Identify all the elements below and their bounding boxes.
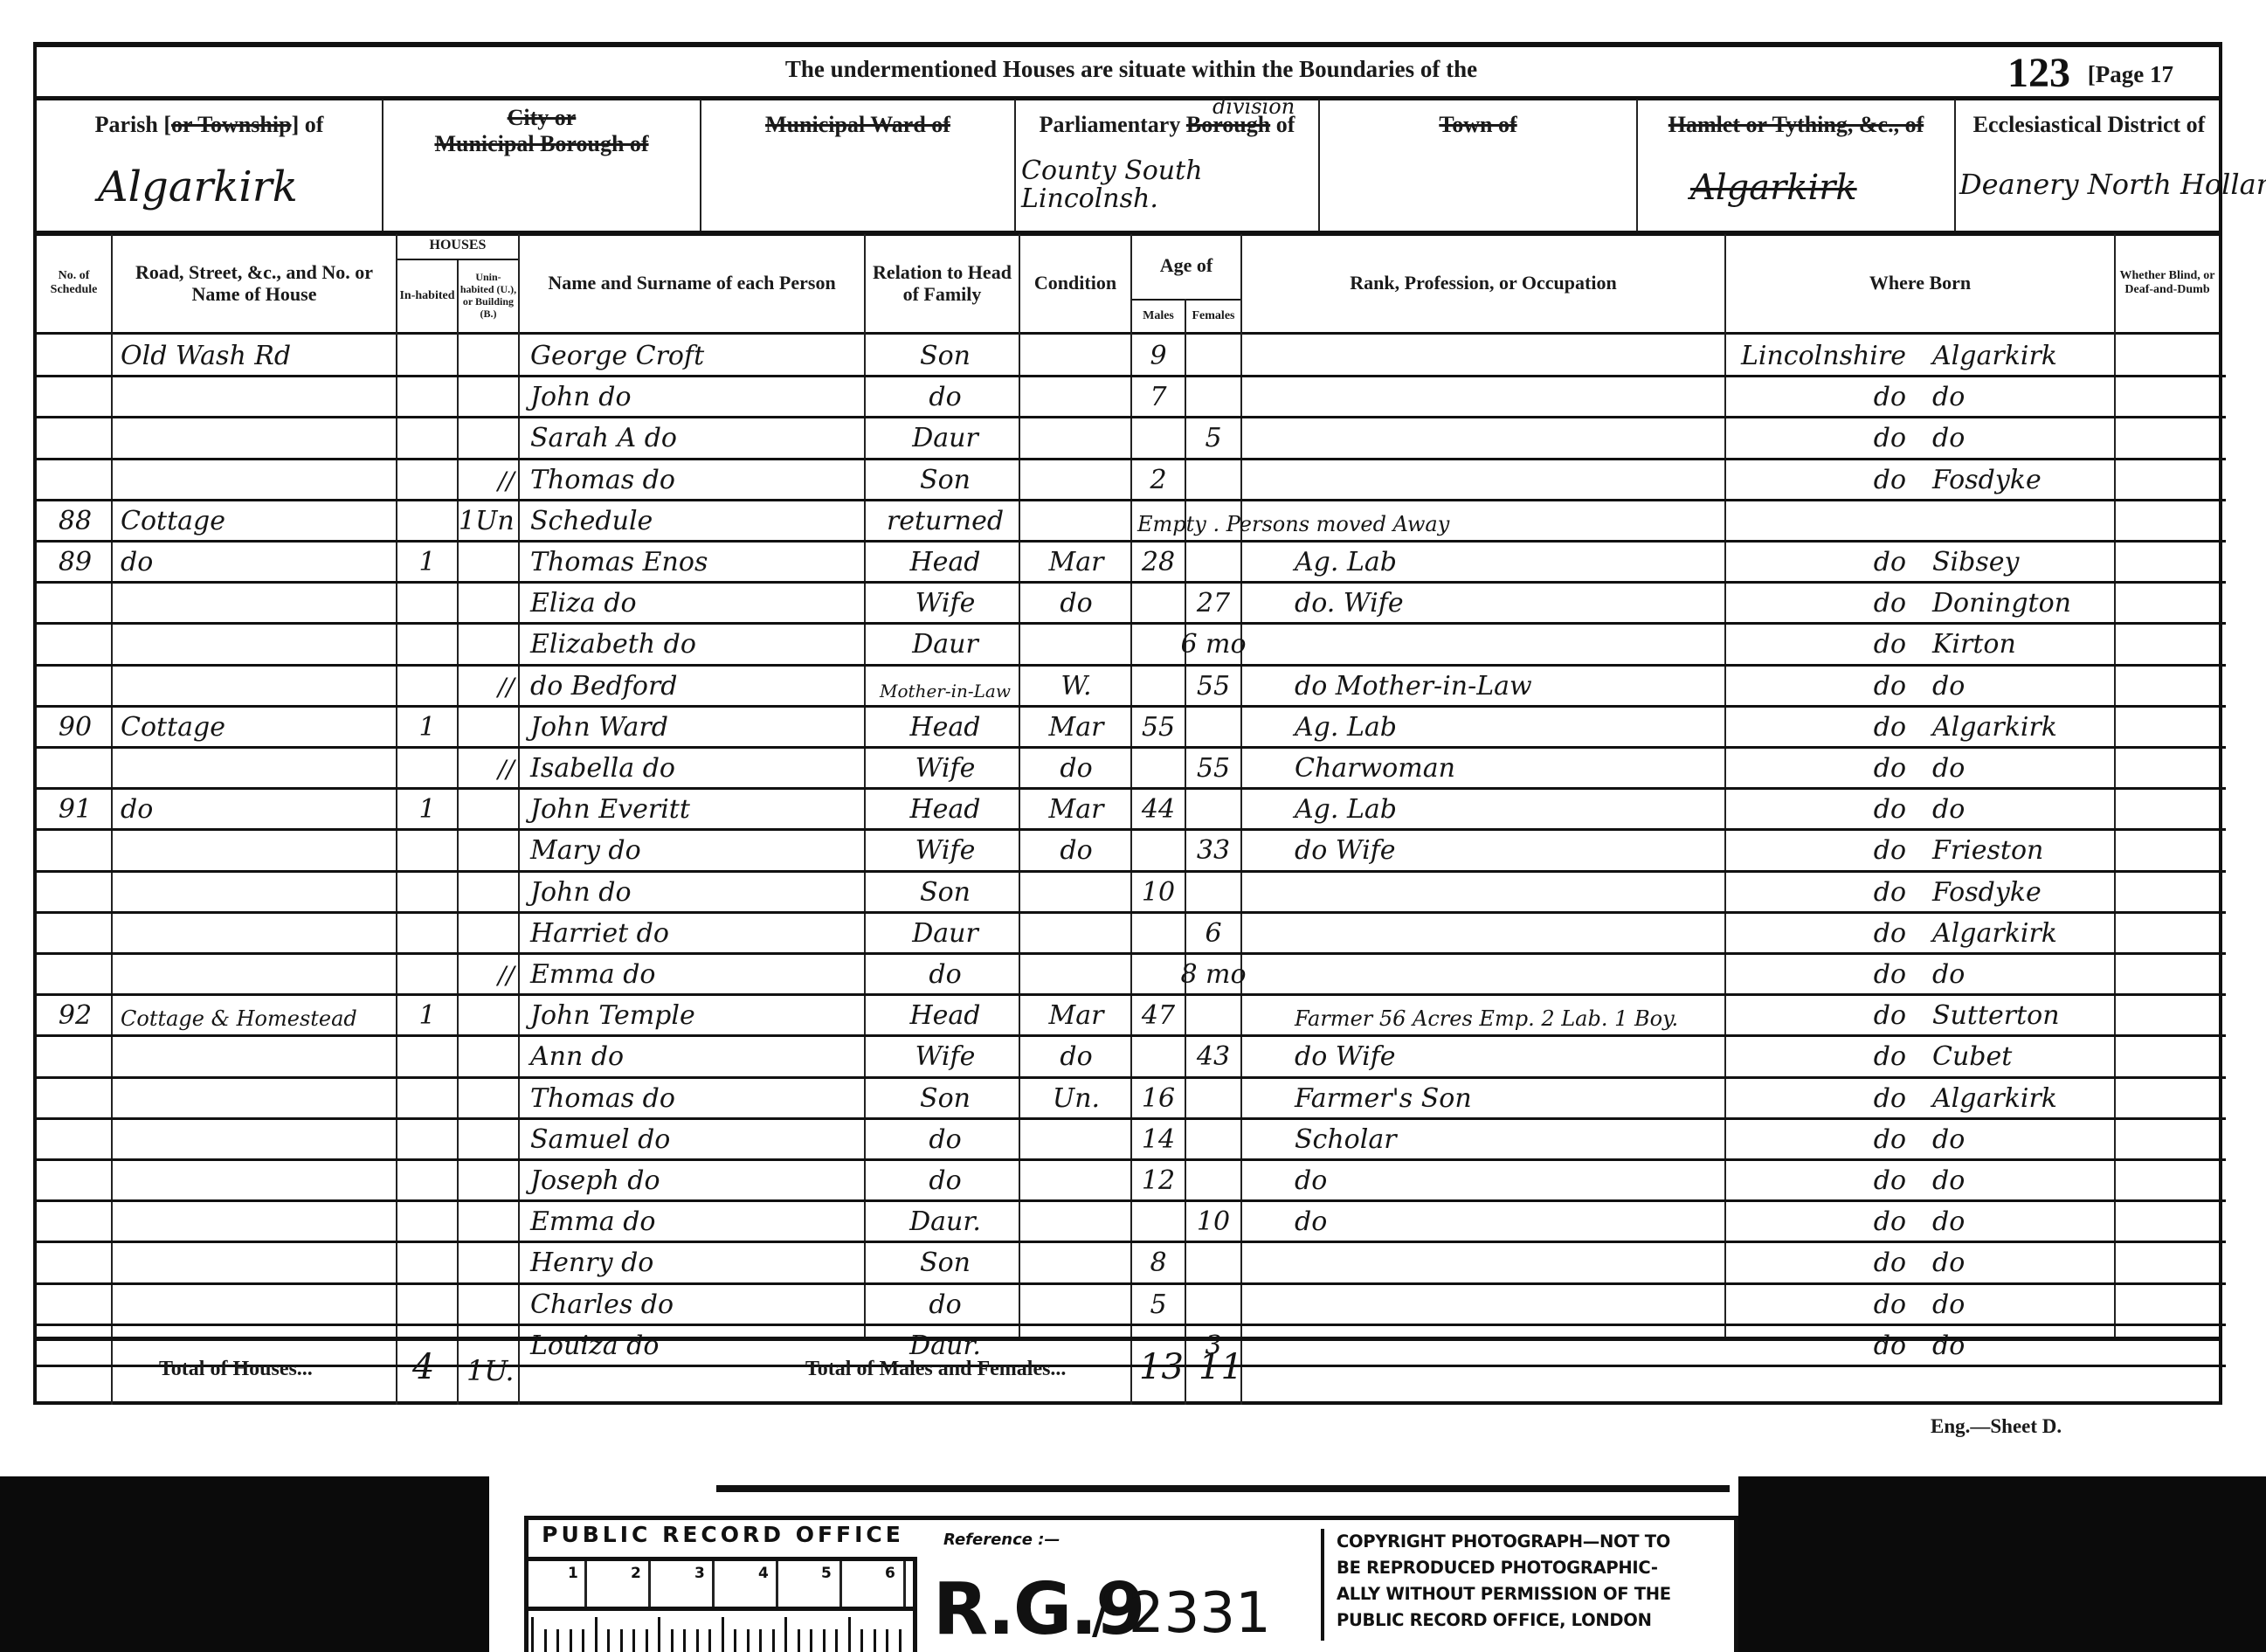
name-cell: Elizabeth do [530,624,862,665]
condition-cell [1024,913,1129,954]
condition-cell [1024,624,1129,665]
relation-cell: Head [871,707,1019,748]
born-county-cell: do [1726,418,1927,459]
boundary-parish: Parish [or Township] of Algarkirk [37,100,382,232]
ruler-tick [632,1629,635,1652]
occupation-cell: Farmer 56 Acres Emp. 2 Lab. 1 Boy. [1295,995,1723,1036]
relation-cell: Daur [871,624,1019,665]
born-place-cell: do [1932,1201,2116,1242]
schedule-cell [40,830,110,871]
header-condition: Condition [1020,234,1130,332]
female-age-cell [1186,707,1240,748]
record-office-title: PUBLIC RECORD OFFICE [529,1522,917,1547]
female-age-cell [1186,1078,1240,1119]
condition-cell: Mar [1024,707,1129,748]
schedule-cell [40,1201,110,1242]
occupation-cell: do Wife [1295,1036,1723,1077]
household-end-mark: // [498,666,524,707]
schedule-cell [40,1160,110,1201]
inhabited-cell [397,748,457,789]
born-place-cell: Sutterton [1932,995,2116,1036]
ruler-number: 5 [821,1565,832,1582]
occupation-cell [1295,954,1723,995]
table-row: Joseph dodo12dododo [37,1160,2226,1201]
uninhabited-cell [459,335,518,377]
inhabited-cell [397,460,457,501]
male-age-cell [1132,913,1185,954]
born-county-cell: do [1726,377,1927,418]
born-county-cell: do [1726,707,1927,748]
name-cell: Charles do [530,1284,862,1325]
schedule-cell [40,1078,110,1119]
table-row: Isabella doWifedo55Charwomandodo// [37,748,2226,789]
road-cell [121,1242,391,1283]
female-age-cell [1186,335,1240,377]
uninhabited-cell: 1Un [459,501,518,542]
header-uninhabited: Unin-habited (U.), or Building (B.) [459,260,518,332]
male-age-cell [1132,418,1185,459]
uninhabited-cell [459,1119,518,1160]
ruler-tick [683,1629,686,1652]
road-cell [121,460,391,501]
male-age-cell [1132,748,1185,789]
table-row: Thomas doSon2doFosdyke// [37,460,2226,501]
road-cell [121,1201,391,1242]
uninhabited-cell [459,1036,518,1077]
male-age-cell: 44 [1132,789,1185,830]
road-cell [121,954,391,995]
born-county-cell: do [1726,1242,1927,1283]
female-age-cell [1186,542,1240,583]
born-place-cell: Fosdyke [1932,460,2116,501]
table-row: Sarah A doDaur5dodo [37,418,2226,459]
uninhabited-cell [459,1078,518,1119]
relation-cell: Mother-in-Law [871,666,1019,707]
born-place-cell: Algarkirk [1932,913,2116,954]
ruler-tick [582,1629,584,1652]
occupation-cell: Ag. Lab [1295,542,1723,583]
header-schedule: No. of Schedule [37,234,111,332]
uninhabited-cell [459,872,518,913]
male-age-cell [1132,830,1185,871]
header-inhabited: In-habited [397,260,457,332]
born-county-cell: do [1726,913,1927,954]
inhabited-cell [397,830,457,871]
male-age-cell [1132,1036,1185,1077]
born-place-cell: Algarkirk [1932,707,2116,748]
copyright-notice: COPYRIGHT PHOTOGRAPH—NOT TO BE REPRODUCE… [1321,1529,1731,1641]
name-cell: John Everitt [530,789,862,830]
relation-cell: Head [871,542,1019,583]
condition-cell: do [1024,748,1129,789]
inhabited-cell [397,1119,457,1160]
total-females: 11 [1199,1347,1243,1387]
ruler-tick [734,1629,736,1652]
born-county-cell: do [1726,872,1927,913]
inhabited-cell [397,1036,457,1077]
male-age-cell: 47 [1132,995,1185,1036]
relation-cell: do [871,1119,1019,1160]
born-place-cell: do [1932,954,2116,995]
male-age-cell: 28 [1132,542,1185,583]
inhabited-cell [397,377,457,418]
relation-cell: returned [871,501,1019,542]
ruler-tick [810,1629,812,1652]
boundary-label: City or Municipal Borough of [383,105,700,157]
condition-cell: Mar [1024,995,1129,1036]
sheet-label: Eng.—Sheet D. [1931,1415,2062,1438]
born-place-cell: do [1932,1242,2116,1283]
plate-edge [716,1485,1730,1492]
schedule-cell: 91 [40,789,110,830]
uninhabited-cell [459,1284,518,1325]
folio-number: 123 [2007,49,2070,97]
uninhabited-cell [459,789,518,830]
female-age-cell: 6 [1186,913,1240,954]
table-row: Henry doSon8dodo [37,1242,2226,1283]
occupation-cell: do. Wife [1295,583,1723,624]
name-cell: Henry do [530,1242,862,1283]
condition-cell [1024,501,1129,542]
ruler-division [648,1561,651,1607]
male-age-cell: 12 [1132,1160,1185,1201]
boundary-ecclesiastical: Ecclesiastical District of Deanery North… [1956,100,2222,232]
inhabited-cell [397,583,457,624]
female-age-cell: 8 mo [1186,954,1240,995]
occupation-cell: do [1295,1160,1723,1201]
ruler-division [712,1561,715,1607]
uninhabited-cell [459,830,518,871]
condition-cell [1024,1119,1129,1160]
header-road: Road, Street, &c., and No. or Name of Ho… [113,234,396,332]
boundary-municipal-borough: City or Municipal Borough of [383,100,700,232]
road-cell [121,1036,391,1077]
road-cell [121,872,391,913]
schedule-cell [40,460,110,501]
born-place-cell: Algarkirk [1932,1078,2116,1119]
page-number: [Page 17 [2088,61,2173,88]
inhabited-cell [397,1201,457,1242]
born-county-cell: do [1726,954,1927,995]
road-cell [121,1078,391,1119]
female-age-cell: 55 [1186,666,1240,707]
ruler-number: 2 [631,1565,641,1582]
relation-cell: Daur [871,418,1019,459]
table-row: Ann doWifedo43do WifedoCubet [37,1036,2226,1077]
inhabited-cell [397,666,457,707]
reference-piece: / 2331 [1092,1581,1271,1646]
table-row: 92Cottage & Homestead1John TempleHeadMar… [37,995,2226,1036]
born-county-cell: do [1726,1284,1927,1325]
born-county-cell [1726,501,1927,542]
relation-cell: Son [871,335,1019,377]
occupation-cell [1295,335,1723,377]
ruler-division [776,1561,778,1607]
male-age-cell [1132,954,1185,995]
relation-cell: Son [871,460,1019,501]
film-border-right [1738,1476,2266,1652]
measurement-ruler: 1 2 3 4 5 6 [524,1557,917,1652]
inhabited-cell [397,913,457,954]
ruler-tick [722,1617,724,1652]
condition-cell: do [1024,1036,1129,1077]
hamlet-value: Algarkirk [1690,168,1857,208]
name-cell: Samuel do [530,1119,862,1160]
male-age-cell: 14 [1132,1119,1185,1160]
boundary-label: Municipal Ward of [701,112,1014,138]
inhabited-cell: 1 [397,542,457,583]
ruler-tick [860,1629,863,1652]
male-age-cell: 8 [1132,1242,1185,1283]
table-row: Elizabeth doDaur6 modoKirton [37,624,2226,665]
household-end-mark: // [498,954,524,995]
male-age-cell [1132,666,1185,707]
road-cell [121,418,391,459]
schedule-cell [40,954,110,995]
name-cell: Emma do [530,954,862,995]
road-cell [121,1119,391,1160]
born-place-cell: do [1932,418,2116,459]
inhabited-cell [397,624,457,665]
road-cell [121,666,391,707]
occupation-cell [1295,913,1723,954]
road-cell [121,1160,391,1201]
road-cell [121,624,391,665]
name-cell: Ann do [530,1036,862,1077]
road-cell [121,1284,391,1325]
inhabited-cell: 1 [397,707,457,748]
schedule-cell: 92 [40,995,110,1036]
born-place-cell: Sibsey [1932,542,2116,583]
born-place-cell: Donington [1932,583,2116,624]
relation-cell: Head [871,789,1019,830]
header-name: Name and Surname of each Person [520,234,864,332]
table-row: Harriet doDaur6doAlgarkirk [37,913,2226,954]
inhabited-cell [397,954,457,995]
header-males: Males [1132,301,1185,332]
header-age: Age of [1132,234,1240,297]
condition-cell [1024,418,1129,459]
born-county-cell: do [1726,1078,1927,1119]
ruler-tick [671,1629,674,1652]
female-age-cell [1186,1284,1240,1325]
condition-cell: Mar [1024,542,1129,583]
female-age-cell [1186,995,1240,1036]
born-county-cell: do [1726,624,1927,665]
occupation-cell: do [1295,1201,1723,1242]
table-row: 90Cottage1John WardHeadMar55Ag. LabdoAlg… [37,707,2226,748]
born-place-cell: Fosdyke [1932,872,2116,913]
total-persons-label: Total of Males and Females... [805,1358,1066,1381]
ruler-division [903,1561,906,1607]
born-county-cell: do [1726,666,1927,707]
name-cell: Harriet do [530,913,862,954]
ruler-tick [708,1629,711,1652]
name-cell: George Croft [530,335,862,377]
table-row: Thomas doSonUn.16Farmer's SondoAlgarkirk [37,1078,2226,1119]
occupation-cell: Charwoman [1295,748,1723,789]
female-age-cell [1186,872,1240,913]
ruler-tick [874,1629,876,1652]
female-age-cell [1186,1160,1240,1201]
table-row: Samuel dodo14Scholardodo [37,1119,2226,1160]
born-county-cell: do [1726,748,1927,789]
relation-cell: do [871,1284,1019,1325]
female-age-cell: 27 [1186,583,1240,624]
ruler-divider [524,1607,913,1611]
road-cell: Cottage [121,707,391,748]
ruler-division [584,1561,587,1607]
uninhabited-cell [459,1201,518,1242]
name-cell: John do [530,872,862,913]
header-relation: Relation to Head of Family [866,234,1019,332]
uninhabited-cell [459,542,518,583]
boundary-label: Ecclesiastical District of [1956,112,2222,138]
ruler-tick [886,1629,888,1652]
schedule-cell: 88 [40,501,110,542]
boundary-town: Town of [1320,100,1636,232]
ruler-tick [531,1617,534,1652]
relation-cell: Son [871,872,1019,913]
ruler-number: 6 [885,1565,895,1582]
schedule-cell [40,913,110,954]
header-where-born: Where Born [1726,234,2114,332]
female-age-cell [1186,1242,1240,1283]
table-row: 89do1Thomas EnosHeadMar28Ag. LabdoSibsey [37,542,2226,583]
division-annotation: division [1212,94,1295,119]
ruler-tick [570,1629,572,1652]
road-cell [121,913,391,954]
ruler-tick [646,1629,648,1652]
road-cell: do [121,542,391,583]
name-cell: Thomas Enos [530,542,862,583]
occupation-cell [1295,1242,1723,1283]
film-border-left [0,1476,489,1652]
uninhabited-cell [459,707,518,748]
relation-cell: Son [871,1242,1019,1283]
female-age-cell [1186,460,1240,501]
ruler-tick [658,1617,660,1652]
name-cell: Schedule [530,501,862,542]
born-place-cell: Kirton [1932,624,2116,665]
born-place-cell: do [1932,1160,2116,1201]
condition-cell: do [1024,583,1129,624]
male-age-cell: 5 [1132,1284,1185,1325]
copyright-line: BE REPRODUCED PHOTOGRAPHIC- [1337,1555,1731,1581]
ruler-number: 3 [694,1565,705,1582]
header-divider [37,332,2219,335]
relation-cell: Wife [871,1036,1019,1077]
relation-cell: Wife [871,748,1019,789]
male-age-cell [1132,583,1185,624]
born-county-cell: do [1726,995,1927,1036]
schedule-cell [40,335,110,377]
occupation-cell [1295,460,1723,501]
relation-cell: Daur. [871,1201,1019,1242]
condition-cell: do [1024,830,1129,871]
road-cell [121,377,391,418]
condition-cell [1024,1201,1129,1242]
header-houses: HOUSES [397,234,518,257]
born-place-cell: Frieston [1932,830,2116,871]
relation-cell: Head [871,995,1019,1036]
name-cell: Isabella do [530,748,862,789]
table-row: Mary doWifedo33do WifedoFrieston [37,830,2226,871]
name-cell: Joseph do [530,1160,862,1201]
table-row: John doSon10doFosdyke [37,872,2226,913]
ruler-tick [620,1629,623,1652]
road-cell [121,748,391,789]
schedule-cell [40,1036,110,1077]
schedule-cell [40,624,110,665]
occupation-cell [1295,418,1723,459]
male-age-cell: 10 [1132,872,1185,913]
born-place-cell: do [1932,789,2116,830]
schedule-cell [40,666,110,707]
occupation-cell [1295,624,1723,665]
reference-label: Reference :— [943,1531,1060,1549]
condition-cell [1024,954,1129,995]
road-cell: Cottage & Homestead [121,995,391,1036]
born-place-cell: do [1932,1284,2116,1325]
boundary-municipal-ward: Municipal Ward of [701,100,1014,232]
schedule-cell [40,1242,110,1283]
name-cell: Thomas do [530,1078,862,1119]
ruler-tick [835,1629,838,1652]
born-place-cell: Algarkirk [1932,335,2116,377]
ruler-number: 1 [568,1565,578,1582]
inhabited-cell [397,1284,457,1325]
name-cell: Sarah A do [530,418,862,459]
name-cell: John Temple [530,995,862,1036]
road-cell: Cottage [121,501,391,542]
female-age-cell: 10 [1186,1201,1240,1242]
schedule-cell [40,418,110,459]
uninhabited-cell [459,913,518,954]
ruler-division [839,1561,842,1607]
header-occupation: Rank, Profession, or Occupation [1242,234,1724,332]
born-county-cell: do [1726,1201,1927,1242]
born-county-cell: do [1726,1160,1927,1201]
ruler-tick [899,1629,902,1652]
inhabited-cell [397,1078,457,1119]
condition-cell [1024,1242,1129,1283]
copyright-line: COPYRIGHT PHOTOGRAPH—NOT TO [1337,1529,1731,1555]
occupation-cell: Ag. Lab [1295,707,1723,748]
born-place-cell: do [1932,666,2116,707]
uninhabited-cell [459,624,518,665]
header-females: Females [1186,301,1240,332]
name-cell: Mary do [530,830,862,871]
schedule-cell [40,583,110,624]
relation-cell: do [871,1160,1019,1201]
boundary-hamlet: Hamlet or Tything, &c., of Algarkirk [1638,100,1954,232]
occupation-cell: Ag. Lab [1295,789,1723,830]
born-place-cell: do [1932,1119,2116,1160]
schedule-cell [40,1284,110,1325]
schedule-cell [40,377,110,418]
female-age-cell: 6 mo [1186,624,1240,665]
schedule-cell [40,872,110,913]
born-county-cell: do [1726,1036,1927,1077]
male-age-cell: 2 [1132,460,1185,501]
name-cell: Emma do [530,1201,862,1242]
schedule-cell [40,748,110,789]
inhabited-cell [397,872,457,913]
occupation-cell: do Mother-in-Law [1295,666,1723,707]
relation-cell: Daur [871,913,1019,954]
condition-cell [1024,1160,1129,1201]
